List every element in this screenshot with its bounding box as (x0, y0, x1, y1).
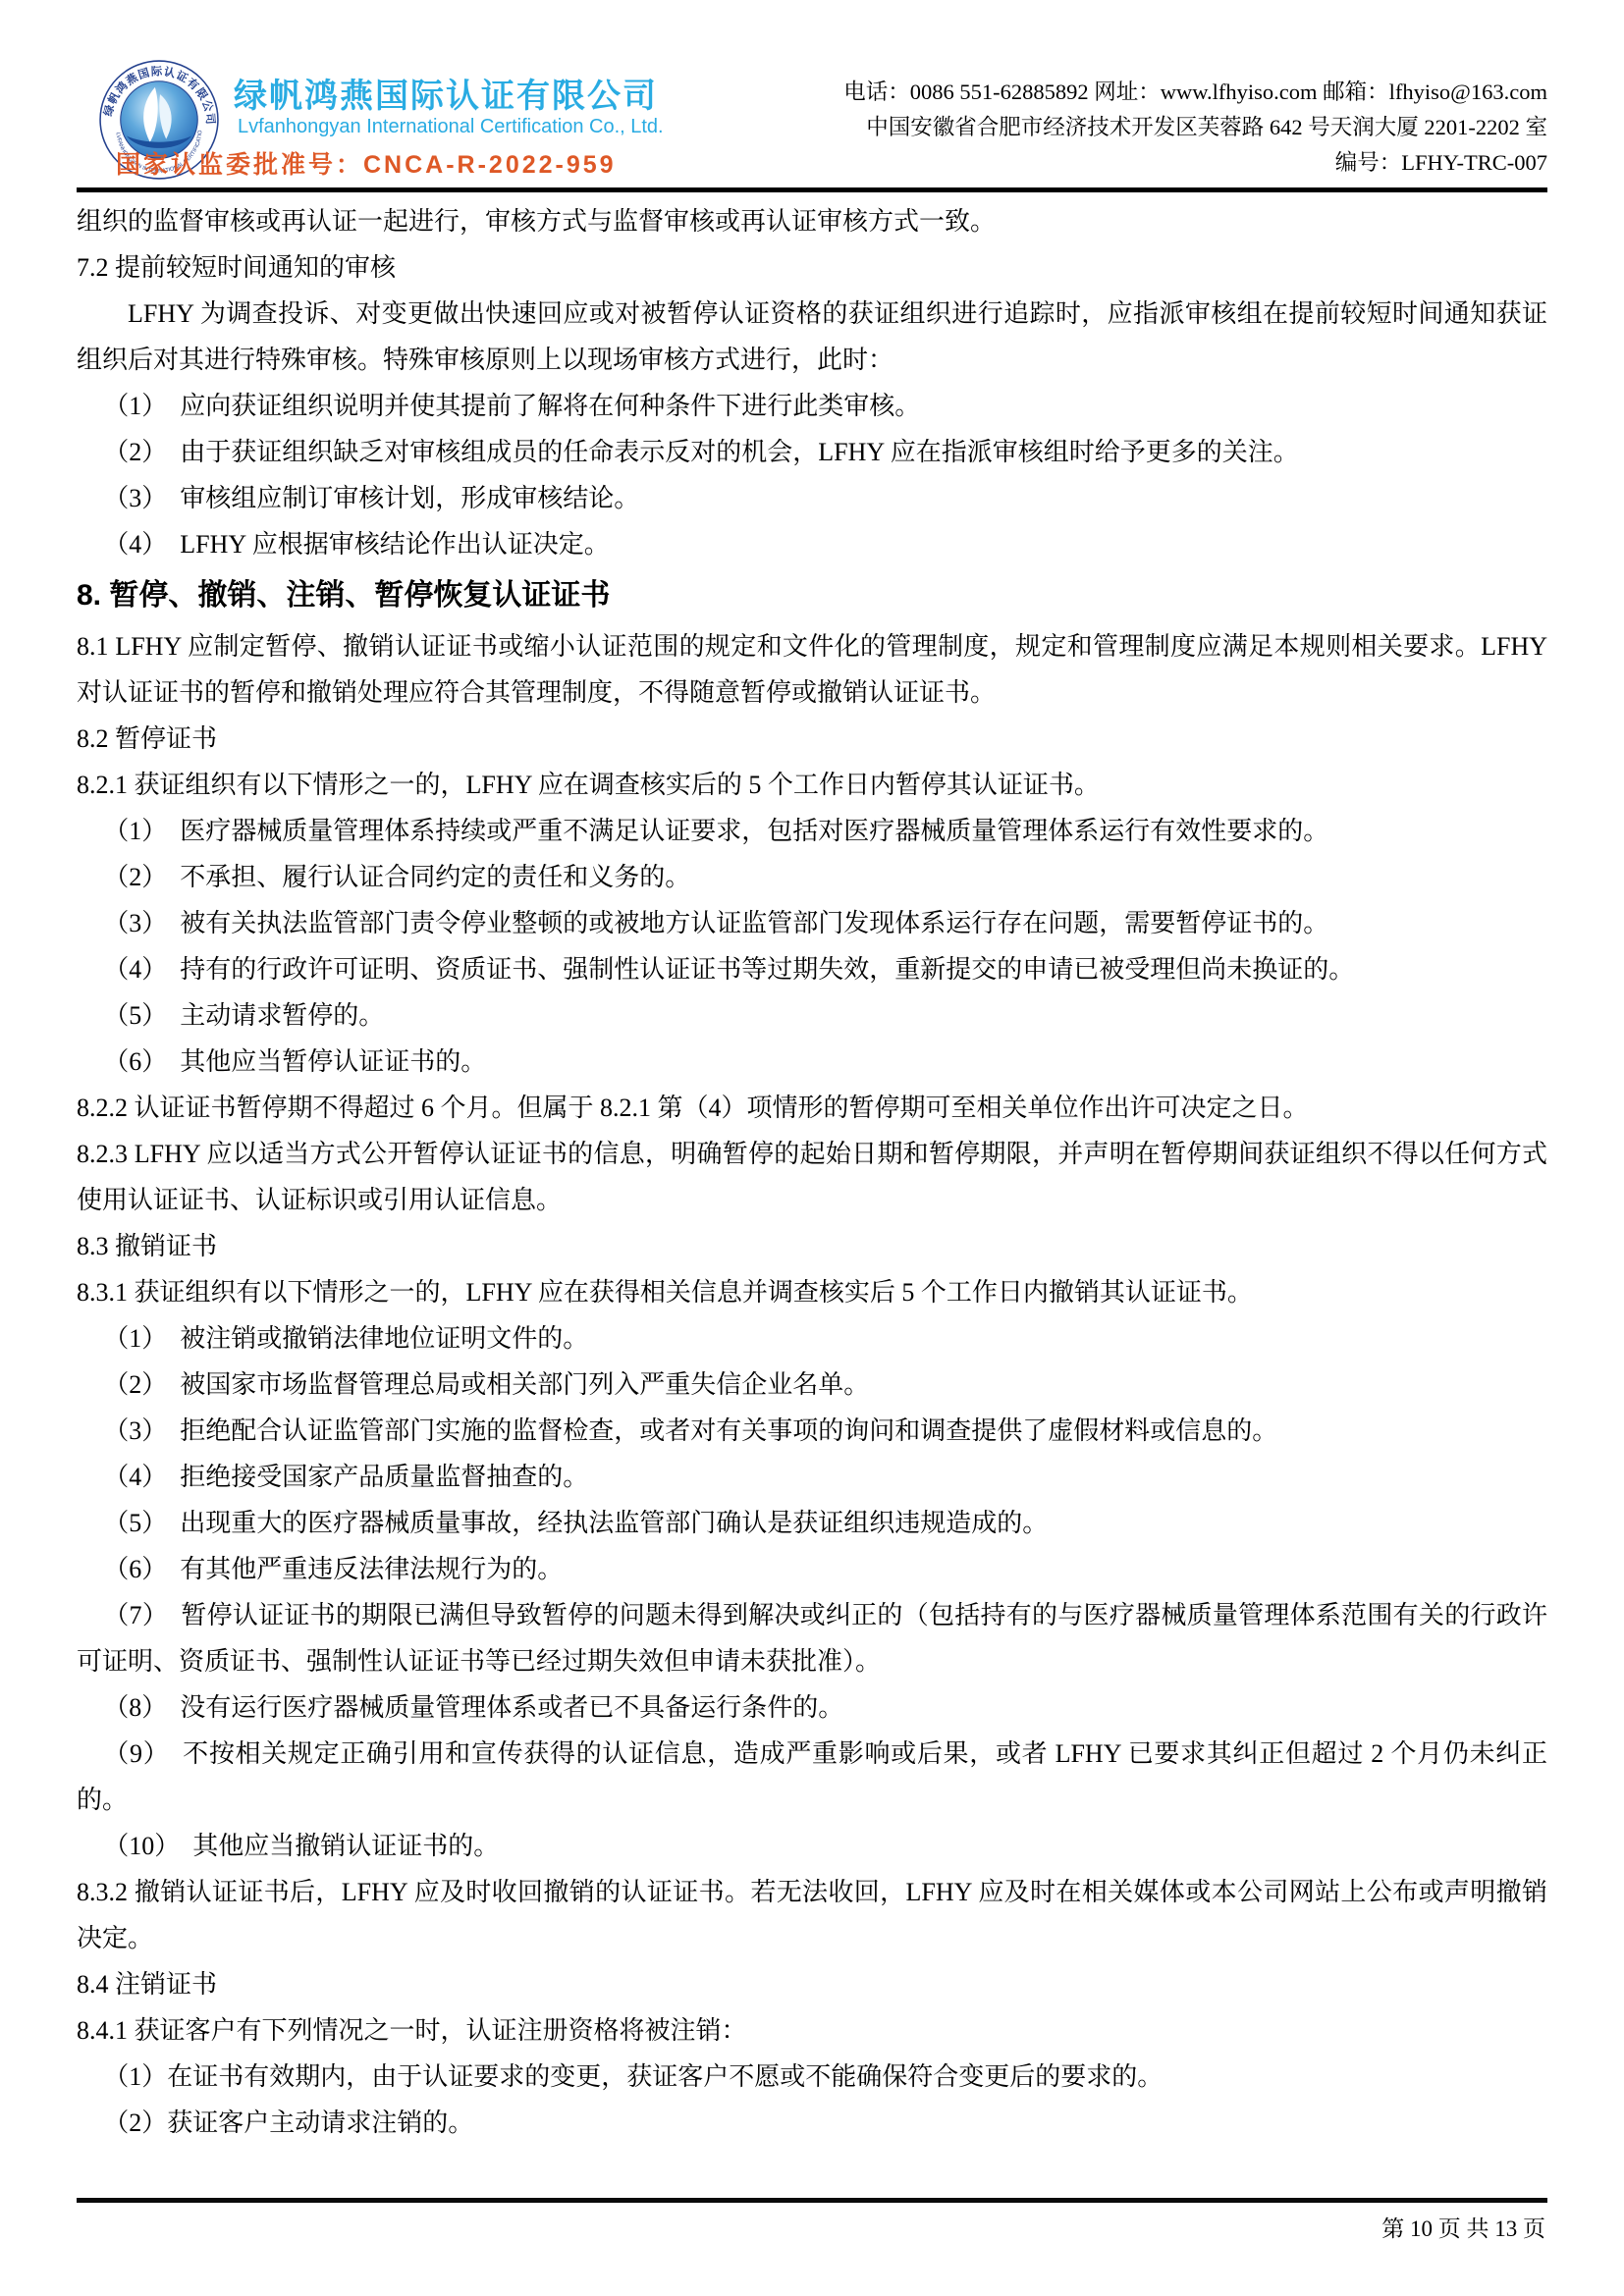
paragraph: （4） 持有的行政许可证明、资质证书、强制性认证证书等过期失效，重新提交的申请已… (77, 946, 1547, 992)
header-divider (77, 187, 1547, 192)
paragraph: （1） 医疗器械质量管理体系持续或严重不满足认证要求，包括对医疗器械质量管理体系… (77, 808, 1547, 854)
paragraph: 8.2.2 认证证书暂停期不得超过 6 个月。但属于 8.2.1 第（4）项情形… (77, 1085, 1547, 1131)
header-contact-block: 电话：0086 551-62885892 网址：www.lfhyiso.com … (843, 75, 1547, 181)
paragraph: 8.3.2 撤销认证证书后，LFHY 应及时收回撤销的认证证书。若无法收回，LF… (77, 1869, 1547, 1961)
paragraph: （10） 其他应当撤销认证证书的。 (77, 1823, 1547, 1869)
paragraph: 8.4.1 获证客户有下列情况之一时，认证注册资格将被注销： (77, 2007, 1547, 2054)
contact-line-address: 中国安徽省合肥市经济技术开发区芙蓉路 642 号天润大厦 2201-2202 室 (843, 110, 1547, 145)
footer-divider (77, 2198, 1547, 2203)
paragraph: 8.3.1 获证组织有以下情形之一的，LFHY 应在获得相关信息并调查核实后 5… (77, 1269, 1547, 1315)
paragraph: （2）获证客户主动请求注销的。 (77, 2100, 1547, 2146)
paragraph: （3） 审核组应制订审核计划，形成审核结论。 (77, 475, 1547, 521)
paragraph: 8.1 LFHY 应制定暂停、撤销认证证书或缩小认证范围的规定和文件化的管理制度… (77, 623, 1547, 716)
approval-number-line: 国家认监委批准号：CNCA-R-2022-959 (116, 145, 617, 181)
paragraph: （9） 不按相关规定正确引用和宣传获得的认证信息，造成严重影响或后果，或者 LF… (77, 1731, 1547, 1823)
paragraph: （1）在证书有效期内，由于认证要求的变更，获证客户不愿或不能确保符合变更后的要求… (77, 2054, 1547, 2100)
paragraph: LFHY 为调查投诉、对变更做出快速回应或对被暂停认证资格的获证组织进行追踪时，… (77, 291, 1547, 383)
paragraph: 8.2.3 LFHY 应以适当方式公开暂停认证证书的信息，明确暂停的起始日期和暂… (77, 1131, 1547, 1223)
paragraph: （5） 出现重大的医疗器械质量事故，经执法监管部门确认是获证组织违规造成的。 (77, 1500, 1547, 1546)
document-page: 绿帆鸿燕国际认证有限公司 LVFANHONGYAN INTERNATIONAL … (0, 0, 1624, 2296)
paragraph: （6） 有其他严重违反法律法规行为的。 (77, 1546, 1547, 1592)
document-body: 组织的监督审核或再认证一起进行，审核方式与监督审核或再认证审核方式一致。7.2 … (77, 198, 1547, 2146)
paragraph: 8.2 暂停证书 (77, 716, 1547, 762)
paragraph: （1） 被注销或撤销法律地位证明文件的。 (77, 1315, 1547, 1362)
paragraph: （4） 拒绝接受国家产品质量监督抽查的。 (77, 1454, 1547, 1500)
paragraph: （2） 被国家市场监督管理总局或相关部门列入严重失信企业名单。 (77, 1362, 1547, 1408)
document-number: 编号：LFHY-TRC-007 (843, 145, 1547, 181)
contact-line-phone-web-email: 电话：0086 551-62885892 网址：www.lfhyiso.com … (843, 75, 1547, 110)
paragraph: （3） 被有关执法监管部门责令停业整顿的或被地方认证监管部门发现体系运行存在问题… (77, 900, 1547, 946)
paragraph: （8） 没有运行医疗器械质量管理体系或者已不具备运行条件的。 (77, 1684, 1547, 1731)
section-heading: 8. 暂停、撤销、注销、暂停恢复认证证书 (77, 567, 1547, 623)
paragraph: 8.4 注销证书 (77, 1961, 1547, 2007)
company-name-zh: 绿帆鸿燕国际认证有限公司 (234, 69, 658, 117)
paragraph: 8.3 撤销证书 (77, 1223, 1547, 1269)
paragraph: 7.2 提前较短时间通知的审核 (77, 244, 1547, 291)
company-name-en: Lvfanhongyan International Certification… (238, 116, 664, 138)
paragraph: （4） LFHY 应根据审核结论作出认证决定。 (77, 521, 1547, 567)
page-number: 第 10 页 共 13 页 (1381, 2211, 1545, 2243)
paragraph: （6） 其他应当暂停认证证书的。 (77, 1039, 1547, 1085)
paragraph: 组织的监督审核或再认证一起进行，审核方式与监督审核或再认证审核方式一致。 (77, 198, 1547, 244)
paragraph: （3） 拒绝配合认证监管部门实施的监督检查，或者对有关事项的询问和调查提供了虚假… (77, 1408, 1547, 1454)
paragraph: （2） 不承担、履行认证合同约定的责任和义务的。 (77, 854, 1547, 900)
paragraph: 8.2.1 获证组织有以下情形之一的，LFHY 应在调查核实后的 5 个工作日内… (77, 762, 1547, 808)
paragraph: （2） 由于获证组织缺乏对审核组成员的任命表示反对的机会，LFHY 应在指派审核… (77, 429, 1547, 475)
paragraph: （7） 暂停认证证书的期限已满但导致暂停的问题未得到解决或纠正的（包括持有的与医… (77, 1592, 1547, 1684)
paragraph: （1） 应向获证组织说明并使其提前了解将在何种条件下进行此类审核。 (77, 383, 1547, 429)
paragraph: （5） 主动请求暂停的。 (77, 992, 1547, 1039)
